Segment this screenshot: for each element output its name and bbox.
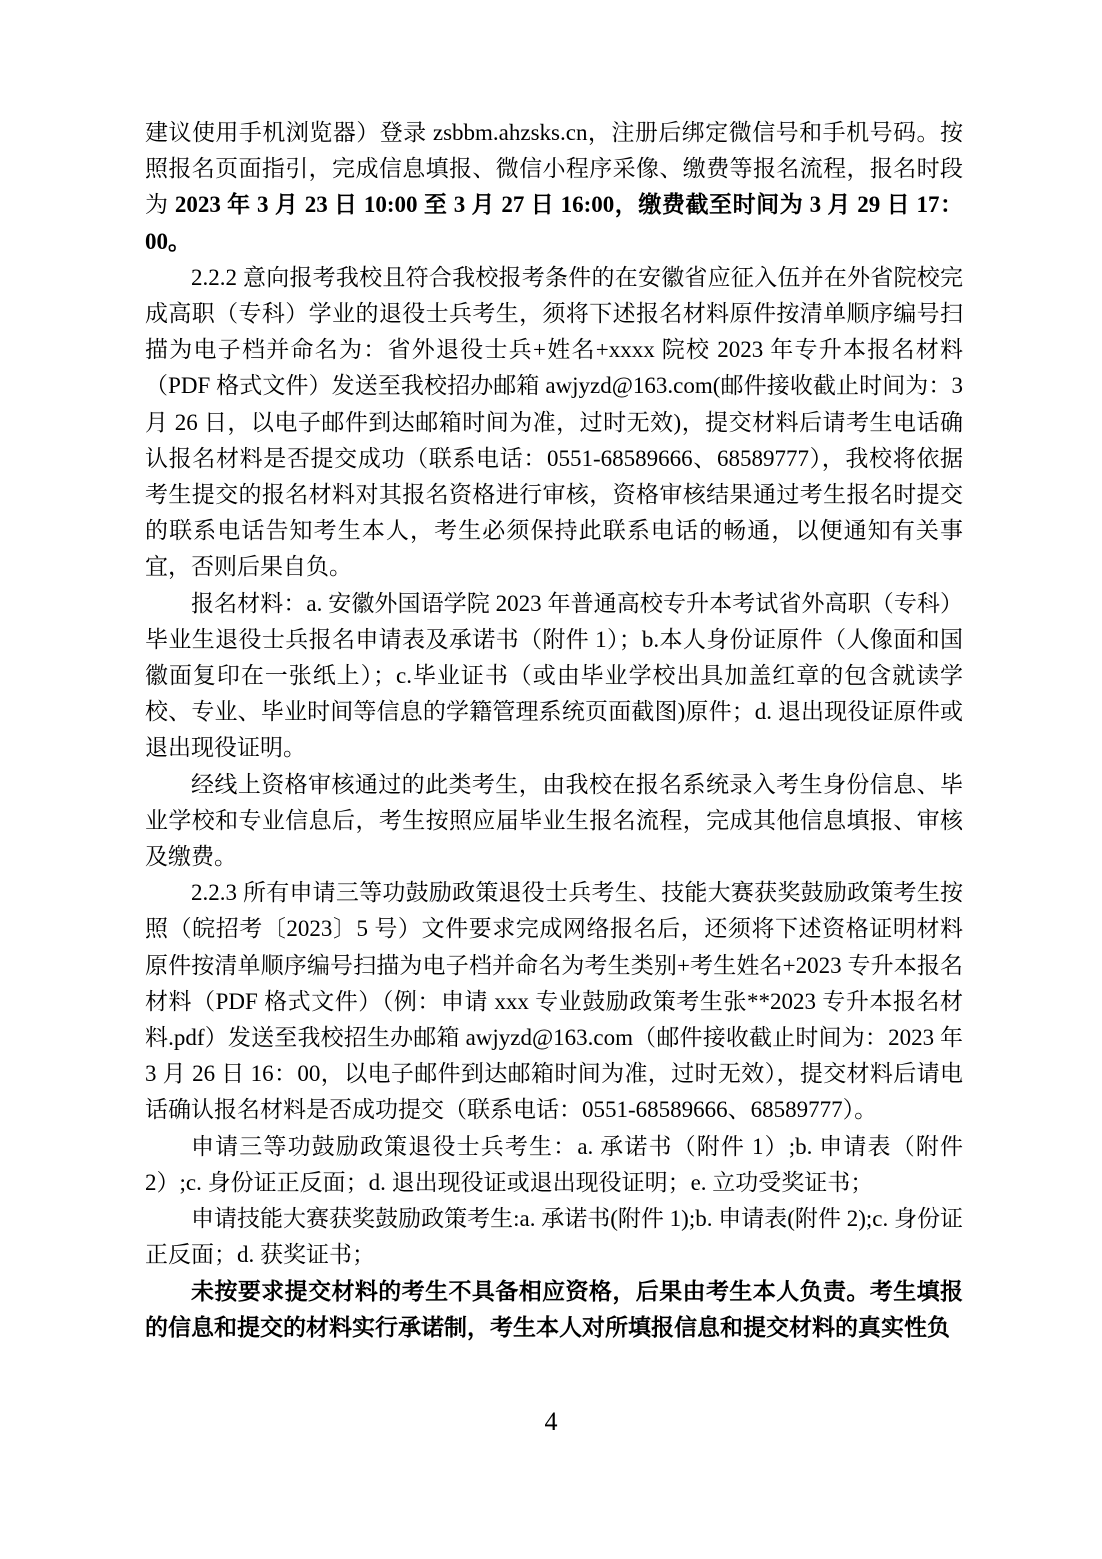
paragraph: 未按要求提交材料的考生不具备相应资格，后果由考生本人负责。考生填报的信息和提交的… [145, 1274, 963, 1346]
paragraph-text: 申请技能大赛获奖鼓励政策考生:a. 承诺书(附件 1);b. 申请表(附件 2)… [145, 1206, 963, 1267]
paragraph-text: 2.2.2 意向报考我校且符合我校报考条件的在安徽省应征入伍并在外省院校完成高职… [145, 265, 963, 580]
page-number: 4 [0, 1408, 1102, 1437]
paragraph-text: 经线上资格审核通过的此类考生，由我校在报名系统录入考生身份信息、毕业学校和专业信… [145, 772, 963, 869]
paragraph: 建议使用手机浏览器）登录 zsbbm.ahzsks.cn，注册后绑定微信号和手机… [145, 115, 963, 260]
paragraph-text: 申请三等功鼓励政策退役士兵考生：a. 承诺书（附件 1）;b. 申请表（附件 2… [145, 1134, 963, 1195]
paragraph-text: 2.2.3 所有申请三等功鼓励政策退役士兵考生、技能大赛获奖鼓励政策考生按照（皖… [145, 880, 963, 1122]
registration-deadline-bold-text: 2023 年 3 月 23 日 10:00 至 3 月 27 日 16:00，缴… [145, 192, 963, 253]
disclaimer-bold-text: 未按要求提交材料的考生不具备相应资格，后果由考生本人负责。考生填报的信息和提交的… [145, 1279, 963, 1340]
paragraph: 2.2.3 所有申请三等功鼓励政策退役士兵考生、技能大赛获奖鼓励政策考生按照（皖… [145, 875, 963, 1128]
paragraph: 报名材料：a. 安徽外国语学院 2023 年普通高校专升本考试省外高职（专科）毕… [145, 586, 963, 767]
document-page: 建议使用手机浏览器）登录 zsbbm.ahzsks.cn，注册后绑定微信号和手机… [0, 0, 1102, 1559]
document-body: 建议使用手机浏览器）登录 zsbbm.ahzsks.cn，注册后绑定微信号和手机… [145, 115, 963, 1346]
paragraph: 申请技能大赛获奖鼓励政策考生:a. 承诺书(附件 1);b. 申请表(附件 2)… [145, 1201, 963, 1273]
paragraph-text: 报名材料：a. 安徽外国语学院 2023 年普通高校专升本考试省外高职（专科）毕… [145, 591, 963, 761]
paragraph: 经线上资格审核通过的此类考生，由我校在报名系统录入考生身份信息、毕业学校和专业信… [145, 767, 963, 876]
paragraph: 申请三等功鼓励政策退役士兵考生：a. 承诺书（附件 1）;b. 申请表（附件 2… [145, 1129, 963, 1201]
paragraph: 2.2.2 意向报考我校且符合我校报考条件的在安徽省应征入伍并在外省院校完成高职… [145, 260, 963, 586]
